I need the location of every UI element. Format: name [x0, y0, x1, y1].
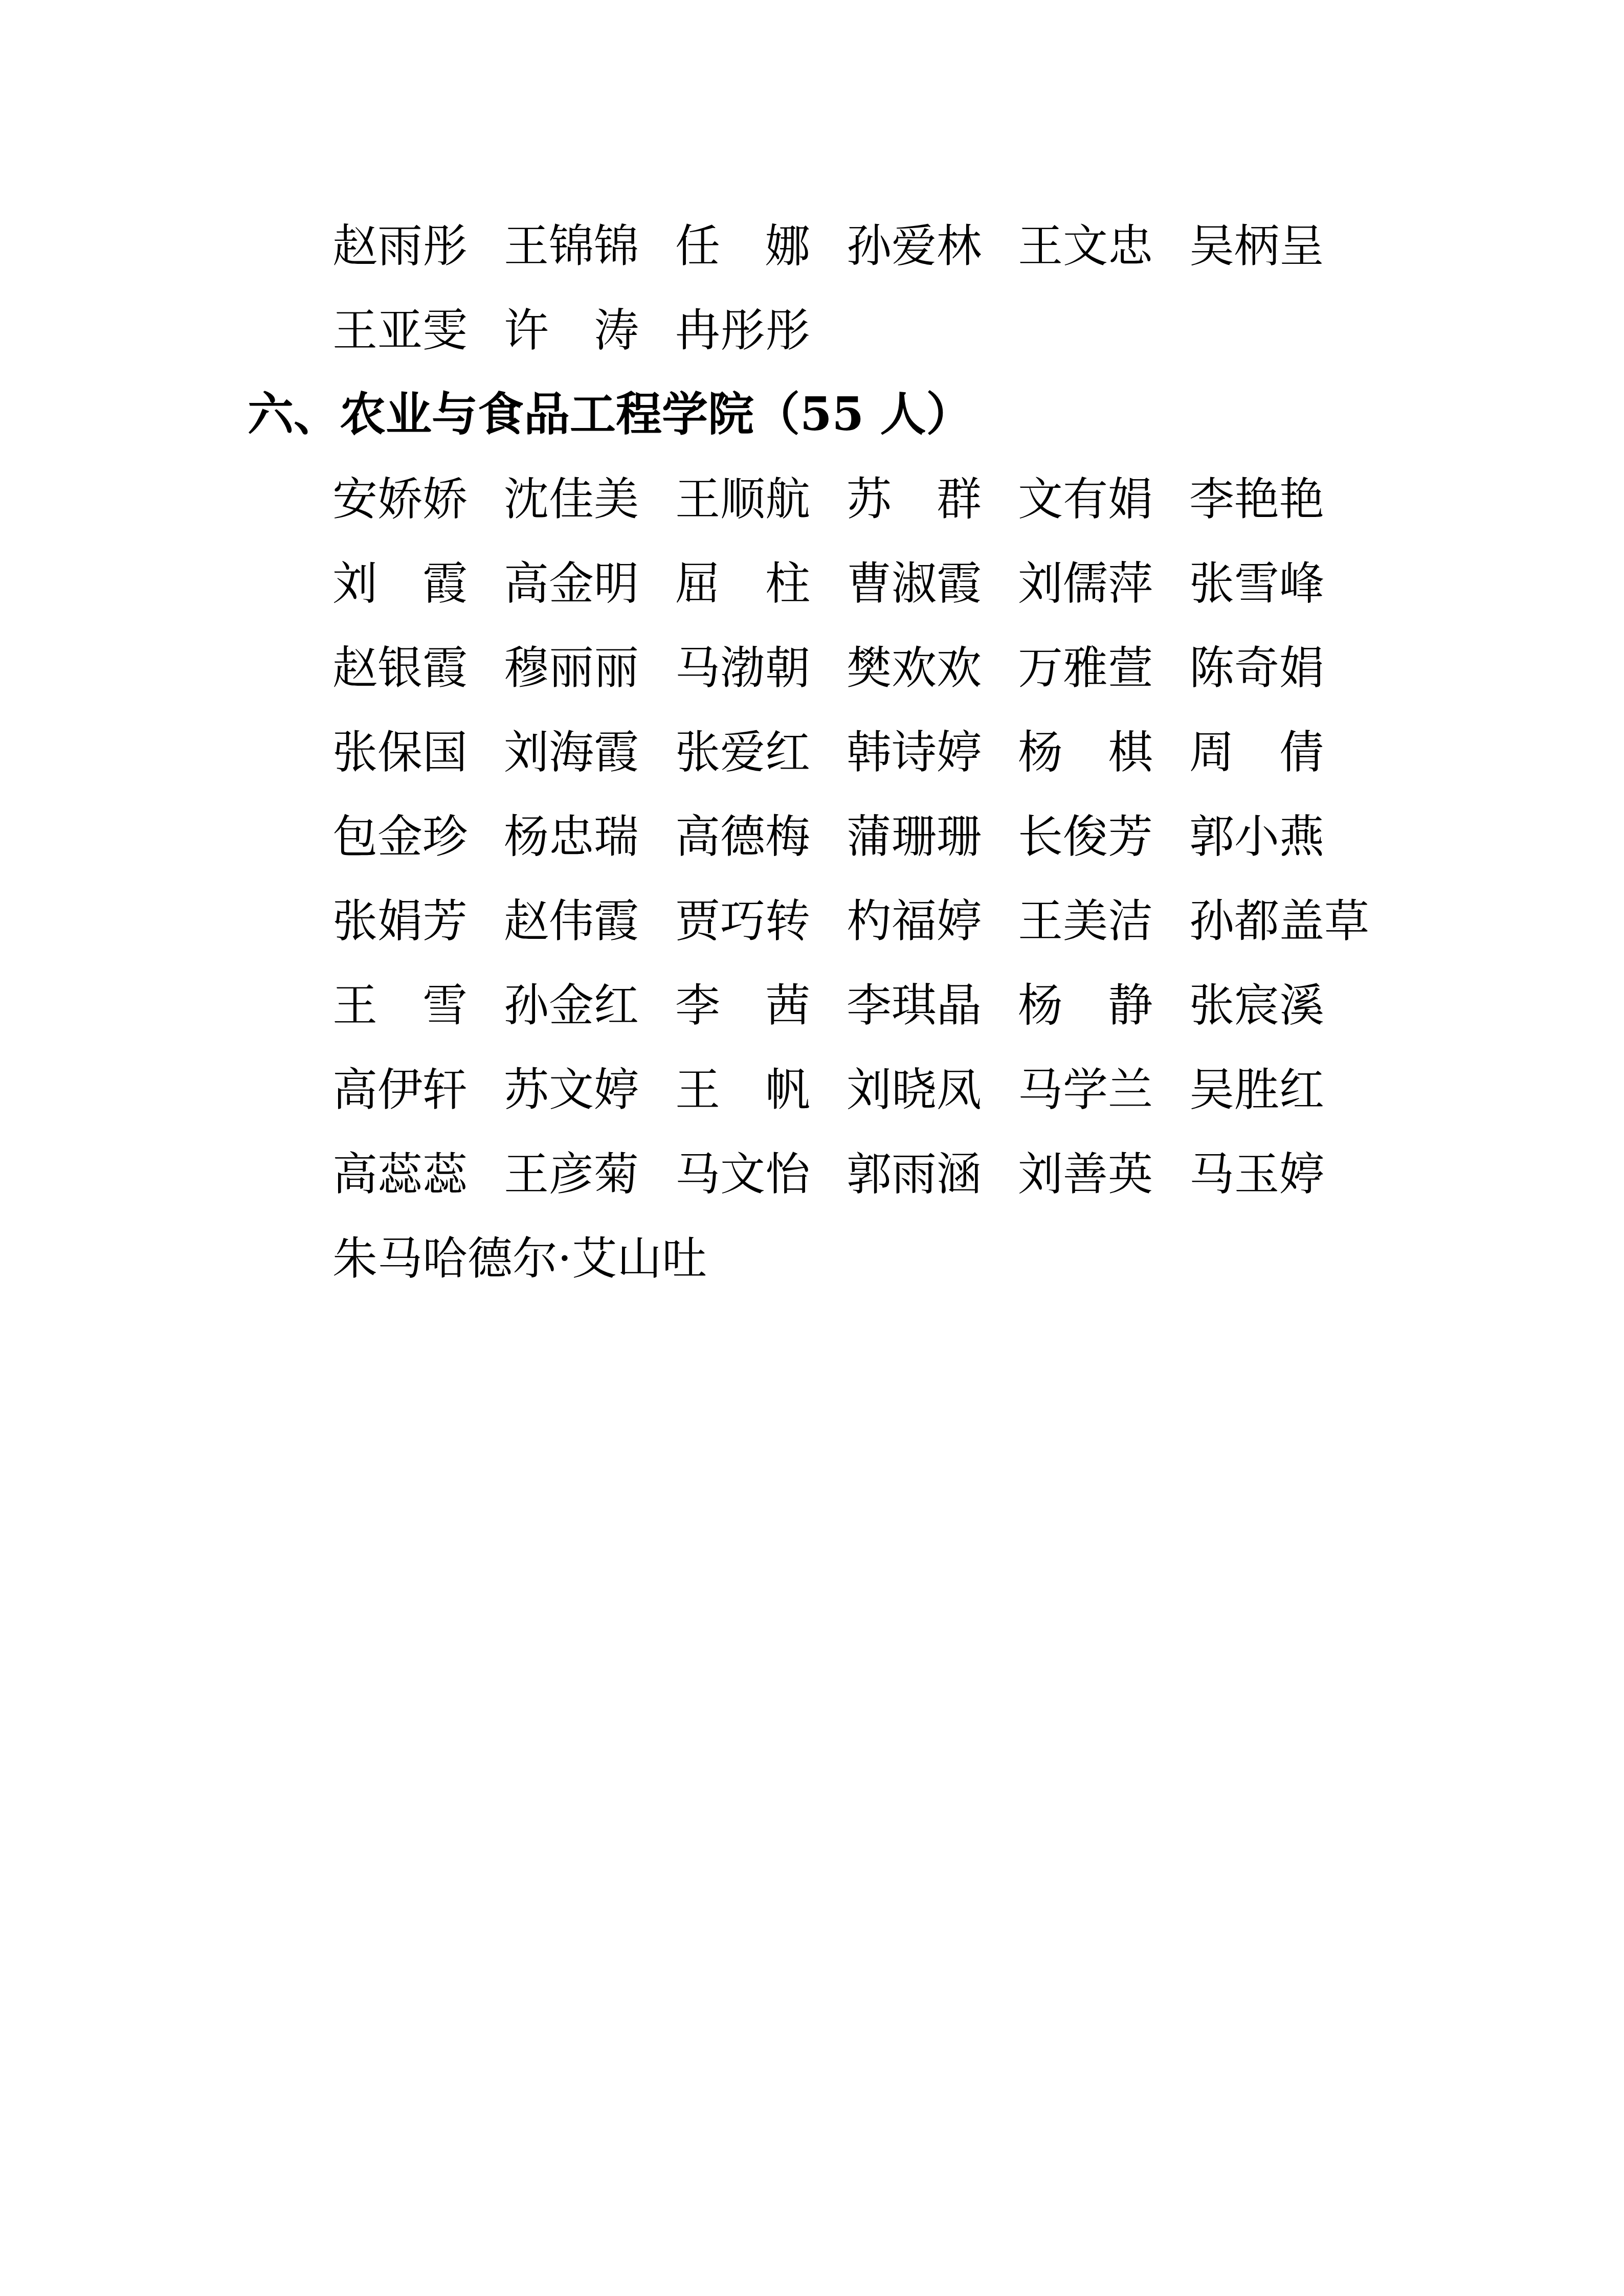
name-row: 高蕊蕊 王彦菊 马文怡 郭雨涵 刘善英 马玉婷 [332, 1132, 1624, 1216]
student-name: 张宸溪 [1189, 963, 1324, 1047]
student-name: 文有娟 [1018, 457, 1153, 541]
student-name: 万雅萱 [1018, 625, 1153, 710]
name-row: 张保国 刘海霞 张爱红 韩诗婷 杨 棋 周 倩 [332, 710, 1624, 794]
student-name: 刘儒萍 [1018, 541, 1153, 625]
student-name: 吴胜红 [1189, 1047, 1324, 1132]
student-name: 孙爱林 [847, 204, 982, 288]
student-name: 李艳艳 [1189, 457, 1324, 541]
student-name: 贾巧转 [675, 879, 810, 963]
student-name: 杨忠瑞 [504, 794, 639, 879]
student-name: 曹淑霞 [847, 541, 982, 625]
document-content: 赵雨彤 王锦锦 任 娜 孙爱林 王文忠 吴柄呈 王亚雯 许 涛 冉彤彤 六、农业… [0, 0, 1624, 1300]
student-name: 蒲珊珊 [847, 794, 982, 879]
student-name: 赵银霞 [332, 625, 468, 710]
student-name: 樊欢欢 [847, 625, 982, 710]
student-name: 长俊芳 [1018, 794, 1153, 879]
name-row: 王 雪 孙金红 李 茜 李琪晶 杨 静 张宸溪 [332, 963, 1624, 1047]
student-name: 张保国 [332, 710, 468, 794]
student-name: 王 雪 [332, 963, 468, 1047]
student-name: 朱马哈德尔·艾山吐 [332, 1216, 707, 1300]
student-name: 屈 柱 [675, 541, 810, 625]
student-name: 韩诗婷 [847, 710, 982, 794]
student-name: 王锦锦 [504, 204, 639, 288]
name-row: 刘 霞 高金明 屈 柱 曹淑霞 刘儒萍 张雪峰 [332, 541, 1624, 625]
student-name: 安娇娇 [332, 457, 468, 541]
student-name: 张娟芳 [332, 879, 468, 963]
student-name: 孙都盖草 [1189, 879, 1369, 963]
student-name: 高德梅 [675, 794, 810, 879]
student-name: 周 倩 [1189, 710, 1324, 794]
student-name: 王亚雯 [332, 288, 468, 372]
student-name: 刘 霞 [332, 541, 468, 625]
student-name: 任 娜 [675, 204, 810, 288]
student-name: 苏 群 [847, 457, 982, 541]
section-heading: 六、农业与食品工程学院（55 人） [248, 372, 1624, 457]
student-name: 陈奇娟 [1189, 625, 1324, 710]
student-name: 杓福婷 [847, 879, 982, 963]
student-name: 冉彤彤 [675, 288, 810, 372]
student-name: 刘海霞 [504, 710, 639, 794]
student-name: 高伊轩 [332, 1047, 468, 1132]
student-name: 马玉婷 [1189, 1132, 1324, 1216]
student-name: 赵伟霞 [504, 879, 639, 963]
student-name: 郭小燕 [1189, 794, 1324, 879]
student-name: 张雪峰 [1189, 541, 1324, 625]
student-name: 赵雨彤 [332, 204, 468, 288]
student-name: 郭雨涵 [847, 1132, 982, 1216]
student-name: 王文忠 [1018, 204, 1153, 288]
student-name: 李 茜 [675, 963, 810, 1047]
document-page: 赵雨彤 王锦锦 任 娜 孙爱林 王文忠 吴柄呈 王亚雯 许 涛 冉彤彤 六、农业… [0, 0, 1624, 2296]
student-name: 杨 棋 [1018, 710, 1153, 794]
student-name: 吴柄呈 [1189, 204, 1324, 288]
student-name: 王美洁 [1018, 879, 1153, 963]
student-name: 刘晓凤 [847, 1047, 982, 1132]
student-name: 马学兰 [1018, 1047, 1153, 1132]
name-row: 高伊轩 苏文婷 王 帆 刘晓凤 马学兰 吴胜红 [332, 1047, 1624, 1132]
student-name: 沈佳美 [504, 457, 639, 541]
student-name: 杨 静 [1018, 963, 1153, 1047]
student-name: 王彦菊 [504, 1132, 639, 1216]
name-row: 朱马哈德尔·艾山吐 [332, 1216, 1624, 1300]
student-name: 马渤朝 [675, 625, 810, 710]
student-name: 王顺航 [675, 457, 810, 541]
student-name: 张爱红 [675, 710, 810, 794]
student-name: 刘善英 [1018, 1132, 1153, 1216]
student-name: 马文怡 [675, 1132, 810, 1216]
student-name: 王 帆 [675, 1047, 810, 1132]
student-name: 苏文婷 [504, 1047, 639, 1132]
student-name: 包金珍 [332, 794, 468, 879]
student-name: 孙金红 [504, 963, 639, 1047]
student-name: 高蕊蕊 [332, 1132, 468, 1216]
student-name: 高金明 [504, 541, 639, 625]
name-row: 包金珍 杨忠瑞 高德梅 蒲珊珊 长俊芳 郭小燕 [332, 794, 1624, 879]
name-row: 安娇娇 沈佳美 王顺航 苏 群 文有娟 李艳艳 [332, 457, 1624, 541]
name-row: 赵银霞 穆丽丽 马渤朝 樊欢欢 万雅萱 陈奇娟 [332, 625, 1624, 710]
name-row: 张娟芳 赵伟霞 贾巧转 杓福婷 王美洁 孙都盖草 [332, 879, 1624, 963]
student-name: 穆丽丽 [504, 625, 639, 710]
student-name: 李琪晶 [847, 963, 982, 1047]
name-row: 赵雨彤 王锦锦 任 娜 孙爱林 王文忠 吴柄呈 [332, 204, 1624, 288]
student-name: 许 涛 [504, 288, 639, 372]
name-row: 王亚雯 许 涛 冉彤彤 [332, 288, 1624, 372]
